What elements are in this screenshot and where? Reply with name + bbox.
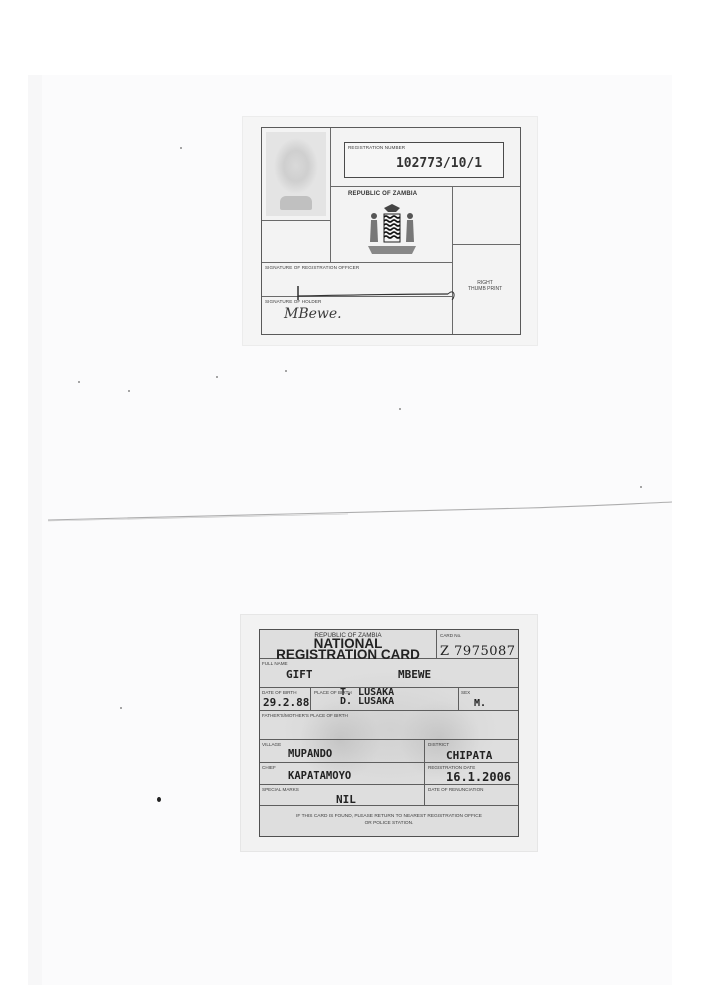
scan-speck	[285, 370, 287, 372]
registration-date: 16.1.2006	[446, 770, 511, 784]
page-fold-crease	[48, 498, 672, 528]
officer-signature-label: SIGNATURE OF REGISTRATION OFFICER	[265, 265, 359, 270]
photo-neck	[280, 196, 312, 210]
district: CHIPATA	[446, 749, 492, 762]
holder-photo	[266, 132, 326, 216]
scan-speck	[640, 486, 642, 488]
village: MUPANDO	[288, 748, 332, 760]
sex: M.	[474, 698, 486, 709]
return-notice-line2: OR POLICE STATION.	[260, 820, 518, 827]
sex-label: SEX	[461, 690, 470, 695]
card-front-table: REPUBLIC OF ZAMBIA NATIONAL REGISTRATION…	[259, 629, 519, 837]
scan-speck	[128, 390, 130, 392]
card-number: Z 7975087	[440, 644, 516, 659]
scan-speck	[120, 707, 122, 709]
officer-signature	[288, 286, 456, 300]
divider	[330, 128, 331, 262]
scan-speck	[157, 797, 161, 802]
divider	[310, 688, 311, 711]
holder-signature-label: SIGNATURE OF HOLDER	[265, 299, 321, 304]
place-of-birth: T. LUSAKA D. LUSAKA	[340, 688, 394, 706]
scan-speck	[180, 147, 182, 149]
scan-speck	[399, 408, 401, 410]
divider	[452, 244, 520, 245]
chief: KAPATAMOYO	[288, 770, 351, 782]
return-notice: IF THIS CARD IS FOUND, PLEASE RETURN TO …	[260, 813, 518, 827]
card-no-label: CARD No.	[440, 633, 461, 638]
divider	[262, 262, 452, 263]
special-marks: NIL	[336, 793, 356, 806]
date-of-birth: 29.2.88	[263, 696, 309, 709]
thumb-print-label-line2: THUMB PRINT	[468, 286, 502, 292]
surname: MBEWE	[398, 668, 431, 681]
divider	[436, 630, 437, 658]
divider	[330, 186, 520, 187]
divider	[262, 220, 330, 221]
place-of-birth-district: D. LUSAKA	[340, 697, 394, 706]
special-marks-label: SPECIAL MARKS	[262, 787, 299, 792]
registration-number: 102773/10/1	[345, 156, 503, 171]
country-label: REPUBLIC OF ZAMBIA	[348, 191, 417, 197]
divider	[452, 186, 453, 334]
id-card-back: REGISTRATION NUMBER 102773/10/1 REPUBLIC…	[242, 116, 538, 346]
district-label: DISTRICT	[428, 742, 449, 747]
chief-label: CHIEF	[262, 765, 276, 770]
registration-number-box: REGISTRATION NUMBER 102773/10/1	[344, 142, 504, 178]
id-card-front: REPUBLIC OF ZAMBIA NATIONAL REGISTRATION…	[240, 614, 538, 852]
dob-label: DATE OF BIRTH	[262, 690, 297, 695]
card-back-frame: REGISTRATION NUMBER 102773/10/1 REPUBLIC…	[261, 127, 521, 335]
parents-birthplace-label: FATHER'S/MOTHER'S PLACE OF BIRTH	[262, 713, 348, 718]
divider	[458, 688, 459, 711]
registration-number-label: REGISTRATION NUMBER	[348, 145, 405, 150]
full-name-label: FULL NAME	[262, 661, 288, 666]
village-label: VILLAGE	[262, 742, 281, 747]
thumb-print-label: RIGHT THUMB PRINT	[468, 280, 502, 292]
coat-of-arms-icon	[362, 202, 422, 258]
renunciation-date-label: DATE OF RENUNCIATION	[428, 787, 483, 792]
first-name: GIFT	[286, 668, 313, 681]
holder-signature: MBewe.	[284, 306, 342, 322]
return-notice-line1: IF THIS CARD IS FOUND, PLEASE RETURN TO …	[260, 813, 518, 820]
scan-speck	[216, 376, 218, 378]
scan-speck	[78, 381, 80, 383]
